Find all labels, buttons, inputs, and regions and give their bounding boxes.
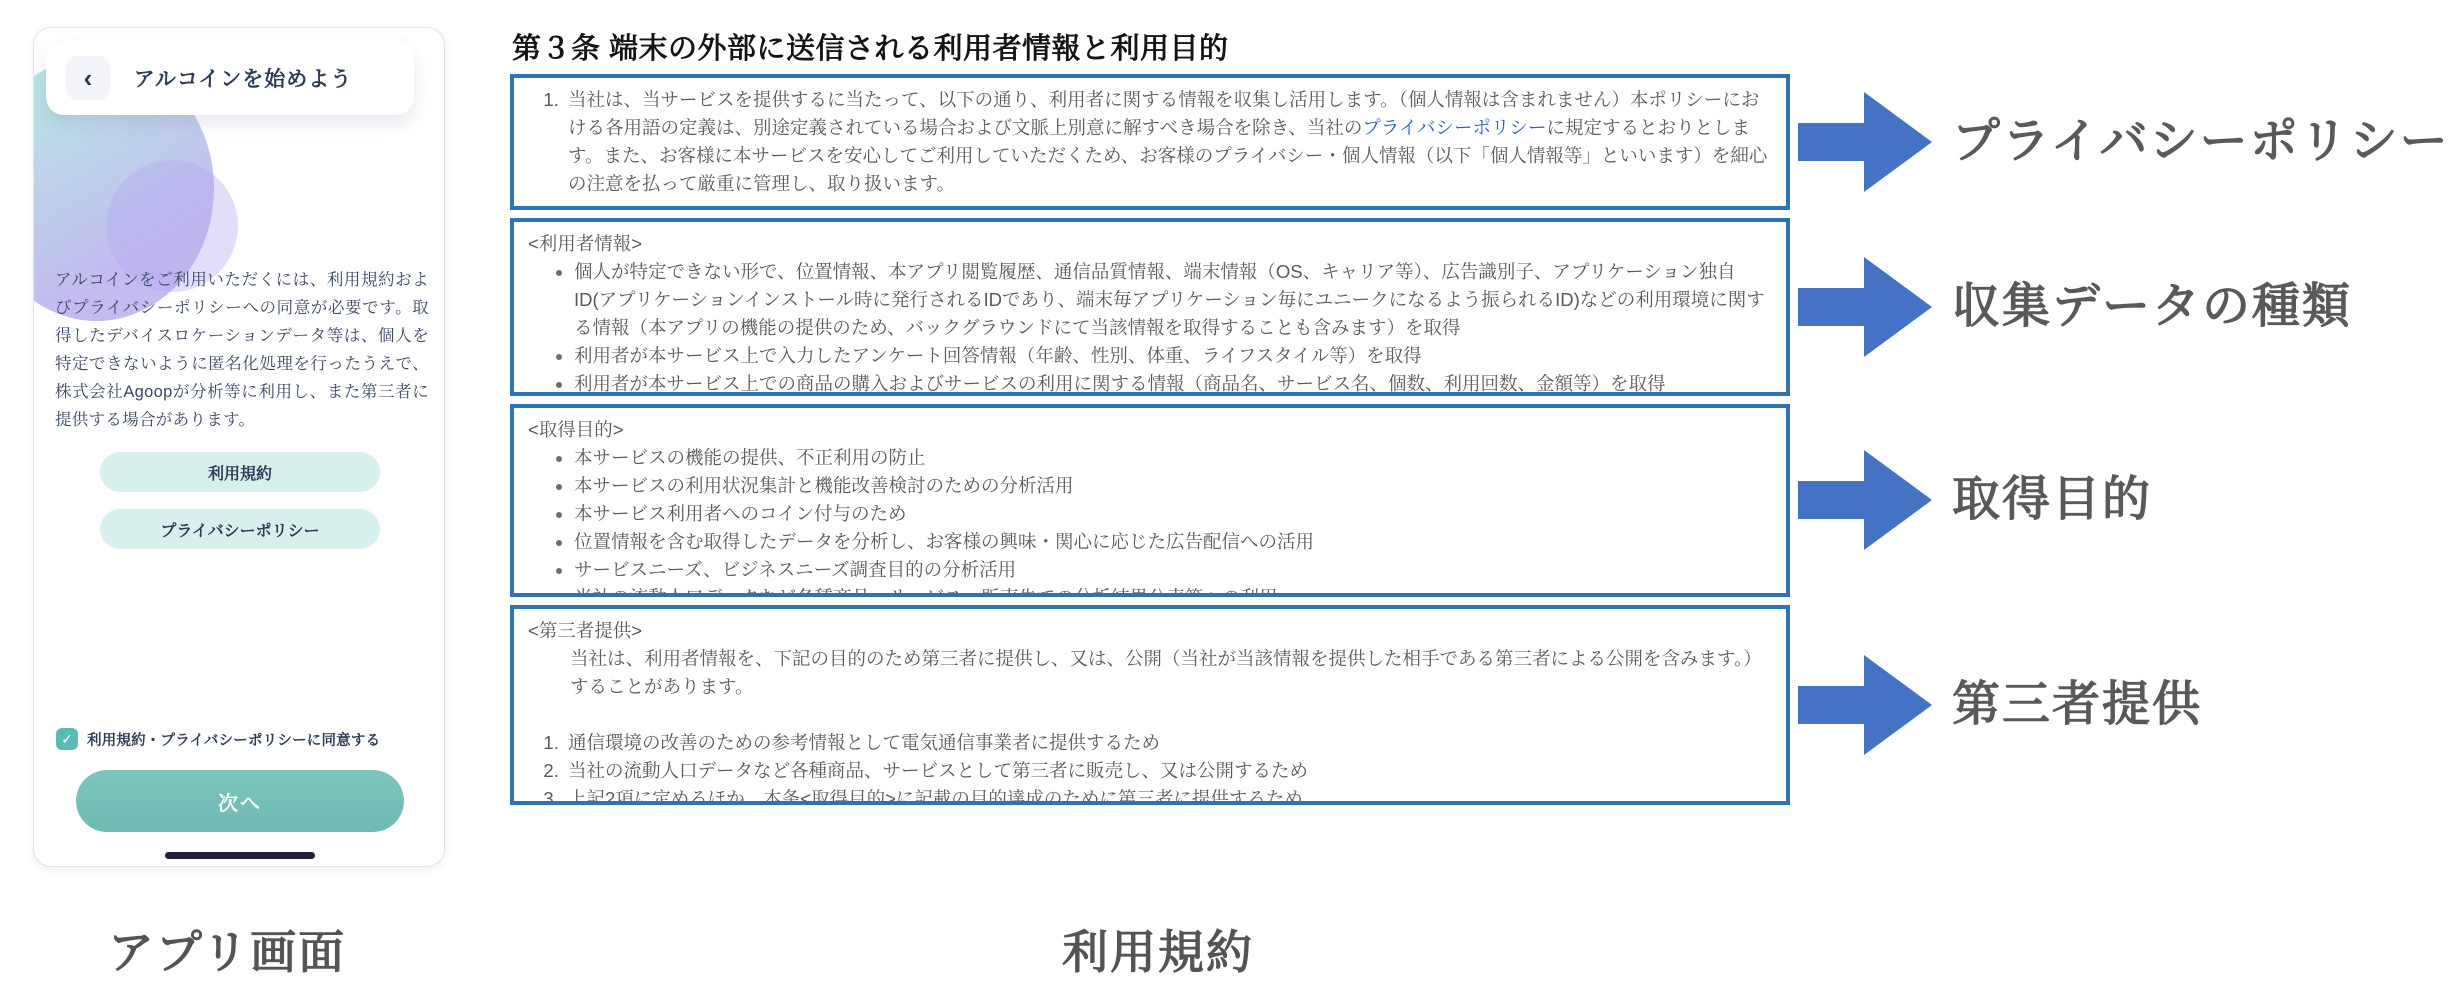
agree-checkbox[interactable]: ✓ [56, 728, 78, 750]
terms-box-user-info: <利用者情報> 個人が特定できない形で、位置情報、本アプリ閲覧履歴、通信品質情報… [510, 218, 1790, 396]
terms-of-use-button[interactable]: 利用規約 [100, 452, 380, 492]
user-info-bullet: 利用者が本サービス上で入力したアンケート回答情報（年齢、性別、体重、ライフスタイ… [574, 342, 1774, 370]
annotation-arrow-icon [1798, 257, 1932, 357]
user-info-bullet: 利用者が本サービス上での商品の購入およびサービスの利用に関する情報（商品名、サー… [574, 370, 1774, 396]
third-party-item: 通信環境の改善のための参考情報として電気通信事業者に提供するため [564, 729, 1774, 757]
app-screen-mockup: ‹ アルコインを始めよう アルコインをご利用いただくには、利用規約およびプライバ… [33, 27, 445, 867]
annotation-arrow-icon [1798, 92, 1932, 192]
terms-caption: 利用規約 [1062, 916, 1254, 982]
terms-box-third-party: <第三者提供> 当社は、利用者情報を、下記の目的のため第三者に提供し、又は、公開… [510, 605, 1790, 805]
third-party-paragraph: 当社は、利用者情報を、下記の目的のため第三者に提供し、又は、公開（当社が当該情報… [570, 645, 1774, 701]
user-info-section-header: <利用者情報> [528, 230, 1774, 258]
user-info-bullet: 個人が特定できない形で、位置情報、本アプリ閲覧履歴、通信品質情報、端末情報（OS… [574, 258, 1774, 342]
annotation-label-purpose: 取得目的 [1952, 472, 2152, 528]
third-party-section-header: <第三者提供> [528, 617, 1774, 645]
app-title: アルコインを始めよう [46, 41, 414, 115]
privacy-policy-link[interactable]: プライバシーポリシー [1362, 117, 1546, 138]
terms-clause-1: 当社は、当サービスを提供するに当たって、以下の通り、利用者に関する情報を収集し活… [564, 86, 1774, 198]
annotation-label-third-party: 第三者提供 [1952, 677, 2202, 733]
app-screen-caption: アプリ画面 [108, 916, 346, 982]
annotation-label-collected-data: 収集データの種類 [1952, 279, 2352, 335]
purpose-bullet: 本サービスの利用状況集計と機能改善検討のための分析活用 [574, 472, 1774, 500]
agree-checkbox-label: 利用規約・プライバシーポリシーに同意する [87, 729, 380, 750]
third-party-item: 上記2項に定めるほか、本条<取得目的>に記載の目的達成のために第三者に提供するた… [564, 785, 1774, 805]
third-party-item: 当社の流動人口データなど各種商品、サービスとして第三者に販売し、又は公開するため [564, 757, 1774, 785]
purpose-section-header: <取得目的> [528, 416, 1774, 444]
annotation-arrow-icon [1798, 450, 1932, 550]
next-button[interactable]: 次へ [76, 770, 404, 832]
purpose-bullet: 本サービスの機能の提供、不正利用の防止 [574, 444, 1774, 472]
home-indicator-bar [165, 852, 315, 859]
purpose-bullet: 本サービス利用者へのコイン付与のため [574, 500, 1774, 528]
terms-box-privacy-policy: 当社は、当サービスを提供するに当たって、以下の通り、利用者に関する情報を収集し活… [510, 74, 1790, 210]
terms-article-heading: 第３条 端末の外部に送信される利用者情報と利用目的 [512, 26, 1229, 67]
app-header-card: ‹ アルコインを始めよう [46, 41, 414, 115]
check-icon: ✓ [61, 731, 73, 748]
agreement-row: ✓ 利用規約・プライバシーポリシーに同意する [56, 728, 380, 750]
annotation-arrow-icon [1798, 655, 1932, 755]
terms-box-purpose: <取得目的> 本サービスの機能の提供、不正利用の防止 本サービスの利用状況集計と… [510, 404, 1790, 597]
purpose-bullet: 位置情報を含む取得したデータを分析し、お客様の興味・関心に応じた広告配信への活用 [574, 528, 1774, 556]
annotation-label-privacy-policy: プライバシーポリシー [1952, 114, 2450, 170]
purpose-bullet: 当社の流動人口データなど各種商品、サービス、販売先での分析結果公表等への利用 [574, 584, 1774, 597]
consent-description-text: アルコインをご利用いただくには、利用規約およびプライバシーポリシーへの同意が必要… [55, 266, 429, 434]
purpose-bullet: サービスニーズ、ビジネスニーズ調査目的の分析活用 [574, 556, 1774, 584]
privacy-policy-button[interactable]: プライバシーポリシー [100, 509, 380, 549]
